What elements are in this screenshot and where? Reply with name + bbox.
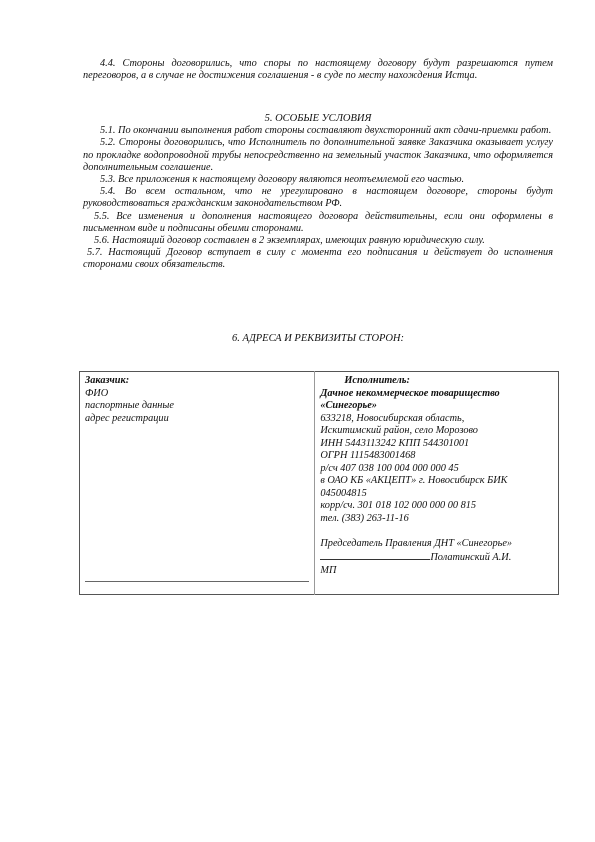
contractor-address1: 633218, Новосибирская область, <box>320 413 553 426</box>
contractor-name-line1: Дачное некоммерческое товарищество <box>320 388 553 401</box>
contractor-signature-row: Полатинский А.И. <box>320 550 553 565</box>
clause-5-6: 5.6. Настоящий договор составлен в 2 экз… <box>83 235 553 247</box>
contractor-account: р/сч 407 038 100 004 000 000 45 <box>320 463 553 476</box>
contractor-address2: Искитимский район, село Морозово <box>320 425 553 438</box>
contractor-corr-account: корр/сч. 301 018 102 000 000 00 815 <box>320 500 553 513</box>
contractor-bank: в ОАО КБ «АКЦЕПТ» г. Новосибирск БИК <box>320 475 553 488</box>
spacer <box>320 525 553 538</box>
customer-title: Заказчик: <box>85 375 309 388</box>
section-4-block: 4.4. Стороны договорились, что споры по … <box>83 58 553 82</box>
clause-5-2: 5.2. Стороны договорились, что Исполните… <box>83 137 553 174</box>
section-6-heading: 6. АДРЕСА И РЕКВИЗИТЫ СТОРОН: <box>83 333 553 344</box>
section-5-block: 5. ОСОБЫЕ УСЛОВИЯ 5.1. По окончании выпо… <box>83 113 553 272</box>
customer-fio: ФИО <box>85 388 309 401</box>
contractor-phone: тел. (383) 263-11-16 <box>320 513 553 526</box>
customer-signature-line <box>85 581 309 582</box>
contractor-signer-title: Председатель Правления ДНТ «Синегорье» <box>320 538 553 551</box>
customer-address: адрес регистрации <box>85 413 309 426</box>
clause-5-3: 5.3. Все приложения к настоящему договор… <box>83 174 553 186</box>
contractor-cell: Исполнитель: Дачное некоммерческое товар… <box>315 372 559 595</box>
clause-5-4: 5.4. Во всем остальном, что не урегулиро… <box>83 186 553 210</box>
section-5-heading: 5. ОСОБЫЕ УСЛОВИЯ <box>83 113 553 125</box>
clause-5-5: 5.5. Все изменения и дополнения настояще… <box>83 211 553 235</box>
contractor-inn-kpp: ИНН 5443113242 КПП 544301001 <box>320 438 553 451</box>
contractor-ogrn: ОГРН 1115483001468 <box>320 450 553 463</box>
requisites-table: Заказчик: ФИО паспортные данные адрес ре… <box>79 371 559 595</box>
contractor-title: Исполнитель: <box>320 375 553 388</box>
contractor-signature-line <box>320 550 430 560</box>
customer-cell: Заказчик: ФИО паспортные данные адрес ре… <box>80 372 315 595</box>
document-page: 4.4. Стороны договорились, что споры по … <box>0 0 595 842</box>
clause-4-4: 4.4. Стороны договорились, что споры по … <box>83 58 553 82</box>
clause-5-7: 5.7. Настоящий Договор вступает в силу с… <box>83 247 553 271</box>
contractor-stamp: МП <box>320 565 553 578</box>
customer-passport: паспортные данные <box>85 400 309 413</box>
contractor-signer-name: Полатинский А.И. <box>430 552 511 563</box>
contractor-bik: 045004815 <box>320 488 553 501</box>
contractor-name-line2: «Синегорье» <box>320 400 553 413</box>
clause-5-1: 5.1. По окончании выполнения работ сторо… <box>83 125 553 137</box>
section-6-block: 6. АДРЕСА И РЕКВИЗИТЫ СТОРОН: <box>83 333 553 344</box>
